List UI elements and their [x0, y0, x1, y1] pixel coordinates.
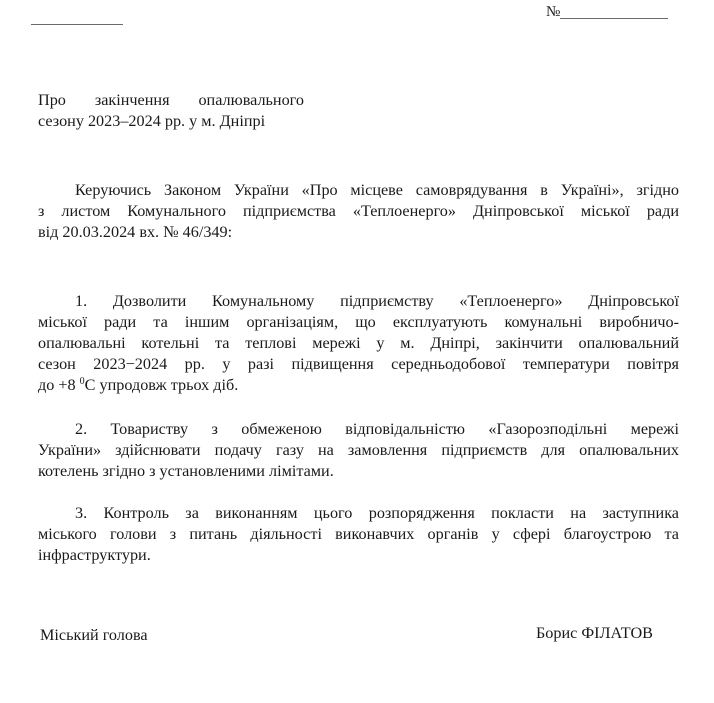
order-item-2: 2. Товариству з обмеженою відповідальніс…	[38, 419, 679, 482]
date-blank-line	[31, 24, 123, 25]
paragraph-line: міського голови з питань діяльності вико…	[38, 524, 679, 545]
paragraph-line: 2. Товариству з обмеженою відповідальніс…	[38, 419, 679, 440]
subject-line-1: Про закінчення опалювального	[38, 90, 304, 111]
number-blank-line	[560, 18, 668, 19]
paragraph-line-temperature: до +8 0С упродовж трьох діб.	[38, 375, 679, 396]
number-sign: №	[546, 4, 559, 21]
paragraph-line: міської ради та іншим організаціям, що е…	[38, 312, 679, 333]
temperature-suffix: С упродовж трьох діб.	[85, 376, 239, 394]
paragraph-line: котелень згідно з установленими лімітами…	[38, 461, 679, 482]
paragraph-line: України» здійснювати подачу газу на замо…	[38, 440, 679, 461]
subject-word: опалювального	[198, 90, 304, 111]
paragraph-line: сезон 2023−2024 рр. у разі підвищення се…	[38, 354, 679, 375]
signatory-position: Міський голова	[40, 626, 148, 645]
document-number-field: №	[546, 4, 668, 21]
subject-line-2: сезону 2023–2024 рр. у м. Дніпрі	[38, 111, 304, 132]
signatory-name: Борис ФІЛАТОВ	[536, 624, 653, 643]
preamble-paragraph: Керуючись Законом України «Про місцеве с…	[38, 180, 679, 243]
subject-word: закінчення	[95, 90, 170, 111]
paragraph-line: опалювальні котельні та теплові мережі у…	[38, 333, 679, 354]
paragraph-line: 1. Дозволити Комунальному підприємству «…	[38, 291, 679, 312]
paragraph-line: Керуючись Законом України «Про місцеве с…	[38, 180, 679, 201]
order-item-3: 3. Контроль за виконанням цього розпоряд…	[38, 503, 679, 566]
paragraph-line: 3. Контроль за виконанням цього розпоряд…	[38, 503, 679, 524]
order-item-1: 1. Дозволити Комунальному підприємству «…	[38, 291, 679, 396]
paragraph-line: з листом Комунального підприємства «Тепл…	[38, 201, 679, 222]
paragraph-line: інфраструктури.	[38, 545, 679, 566]
paragraph-line: від 20.03.2024 вх. № 46/349:	[38, 222, 679, 243]
subject-word: Про	[38, 90, 66, 111]
temperature-prefix: до +8	[38, 376, 80, 394]
document-subject: Про закінчення опалювального сезону 2023…	[38, 90, 304, 132]
